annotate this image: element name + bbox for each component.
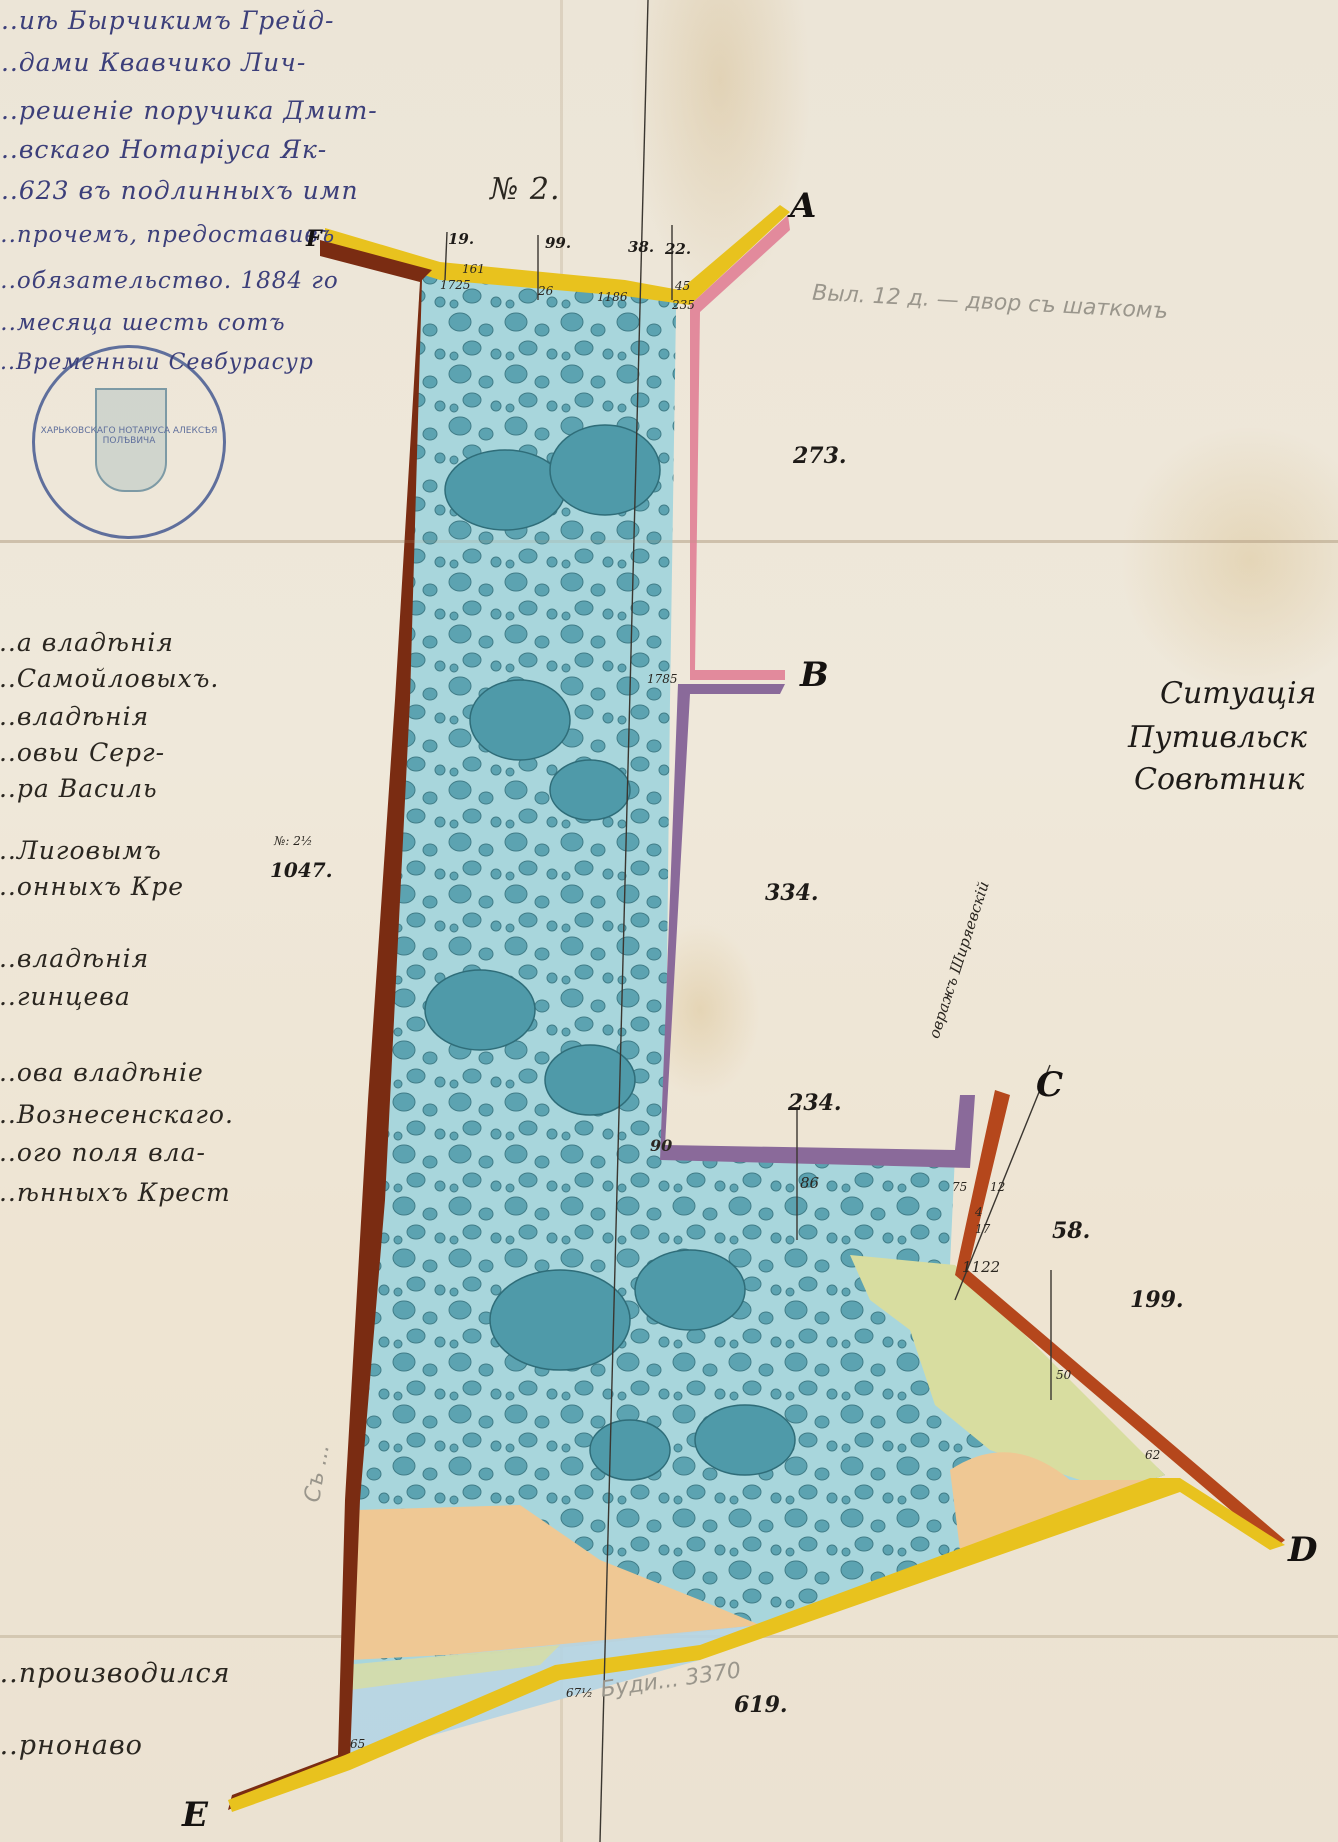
- boundary-number: 45: [675, 279, 690, 293]
- parcel-number: 273.: [793, 443, 847, 469]
- handwritten-line: ...прочемъ, предоставивъ: [0, 222, 335, 248]
- boundary-number: 86: [800, 1174, 819, 1192]
- boundary-number: 75: [952, 1180, 967, 1194]
- calligraphy-line: ...овьи Серг-: [0, 738, 165, 767]
- paper-fold-horizontal: [0, 540, 1338, 543]
- parcel-note: №: 2½: [274, 834, 312, 848]
- calligraphy-line: ...рнонаво: [0, 1730, 143, 1761]
- map-title-line: Путивльск: [1128, 720, 1307, 755]
- calligraphy-line: ...производился: [0, 1658, 230, 1689]
- boundary-number: 62: [1145, 1448, 1160, 1462]
- handwritten-line: ...решеніе поручика Дмит-: [0, 96, 378, 125]
- boundary-number: 17: [975, 1222, 990, 1236]
- calligraphy-line: ...владѣнія: [0, 702, 149, 731]
- handwritten-line: ...иѣ Бырчикимъ Грейд-: [0, 6, 334, 35]
- boundary-number: 65: [350, 1737, 365, 1751]
- boundary-number: 26: [538, 284, 553, 298]
- boundary-number: 4: [975, 1205, 983, 1219]
- sheet-number: № 2.: [490, 172, 561, 207]
- boundary-number: 90: [650, 1136, 672, 1155]
- handwritten-line: ...623 въ подлинныхъ имп: [0, 176, 359, 205]
- handwritten-line: ...месяца шесть сотъ: [0, 310, 286, 336]
- boundary-number: 1122: [962, 1258, 1000, 1276]
- corner-label-d: D: [1288, 1530, 1317, 1570]
- handwritten-line: ...вскаго Нотаріуса Як-: [0, 135, 327, 164]
- map-title-line: Совѣтник: [1134, 762, 1304, 797]
- map-title-line: Ситуація: [1160, 676, 1316, 711]
- boundary-number: 12: [990, 1180, 1005, 1194]
- measurement-label: 22.: [665, 240, 691, 258]
- calligraphy-line: ...ѣнныхъ Крест: [0, 1178, 231, 1207]
- parcel-number: 334.: [765, 880, 819, 906]
- calligraphy-line: ...гинцева: [0, 982, 131, 1011]
- parcel-number: 58.: [1052, 1218, 1090, 1244]
- stamp-text: ХАРЬКОВСКАГО НОТАРІУСА АЛЕКСѢЯ ПОЛѢВИЧА: [35, 426, 223, 446]
- calligraphy-line: ...ова владѣніе: [0, 1058, 204, 1087]
- handwritten-line: ...обязательство. 1884 го: [0, 268, 339, 294]
- boundary-number: 50: [1056, 1368, 1071, 1382]
- boundary-number: 161: [462, 262, 485, 276]
- calligraphy-line: ...а владѣнія: [0, 628, 174, 657]
- parcel-number: 1047.: [270, 858, 333, 882]
- corner-label-b: B: [800, 655, 829, 695]
- calligraphy-line: ...Лиговымъ: [0, 836, 162, 865]
- calligraphy-line: ...Вознесенскаго.: [0, 1100, 234, 1129]
- calligraphy-line: ...Самойловыхъ.: [0, 664, 219, 693]
- corner-label-f: F: [306, 226, 322, 252]
- boundary-number: 1186: [597, 290, 628, 304]
- corner-label-a: A: [790, 186, 816, 226]
- measurement-label: 99.: [545, 234, 571, 252]
- boundary-number: 1725: [440, 278, 471, 292]
- boundary-number: 67½: [566, 1686, 593, 1700]
- corner-label-e: E: [182, 1795, 208, 1835]
- boundary-number: 1785: [647, 672, 678, 686]
- calligraphy-line: ...ого поля вла-: [0, 1138, 206, 1167]
- handwritten-line: ...дами Квавчико Лич-: [0, 48, 306, 77]
- calligraphy-line: ...владѣнія: [0, 944, 149, 973]
- map-sheet: ХАРЬКОВСКАГО НОТАРІУСА АЛЕКСѢЯ ПОЛѢВИЧА …: [0, 0, 1338, 1842]
- parcel-number: 234.: [788, 1090, 842, 1116]
- corner-label-c: C: [1036, 1065, 1063, 1105]
- calligraphy-line: ...онныхъ Кре: [0, 872, 184, 901]
- calligraphy-line: ...ра Василь: [0, 774, 158, 803]
- parcel-number: 619.: [734, 1692, 788, 1718]
- handwritten-line: ...Временныи Севбурасур: [0, 350, 314, 375]
- boundary-number: 235: [672, 298, 695, 312]
- measurement-label: 19.: [448, 230, 474, 248]
- parcel-number: 199.: [1130, 1287, 1184, 1313]
- measurement-label: 38.: [628, 238, 654, 256]
